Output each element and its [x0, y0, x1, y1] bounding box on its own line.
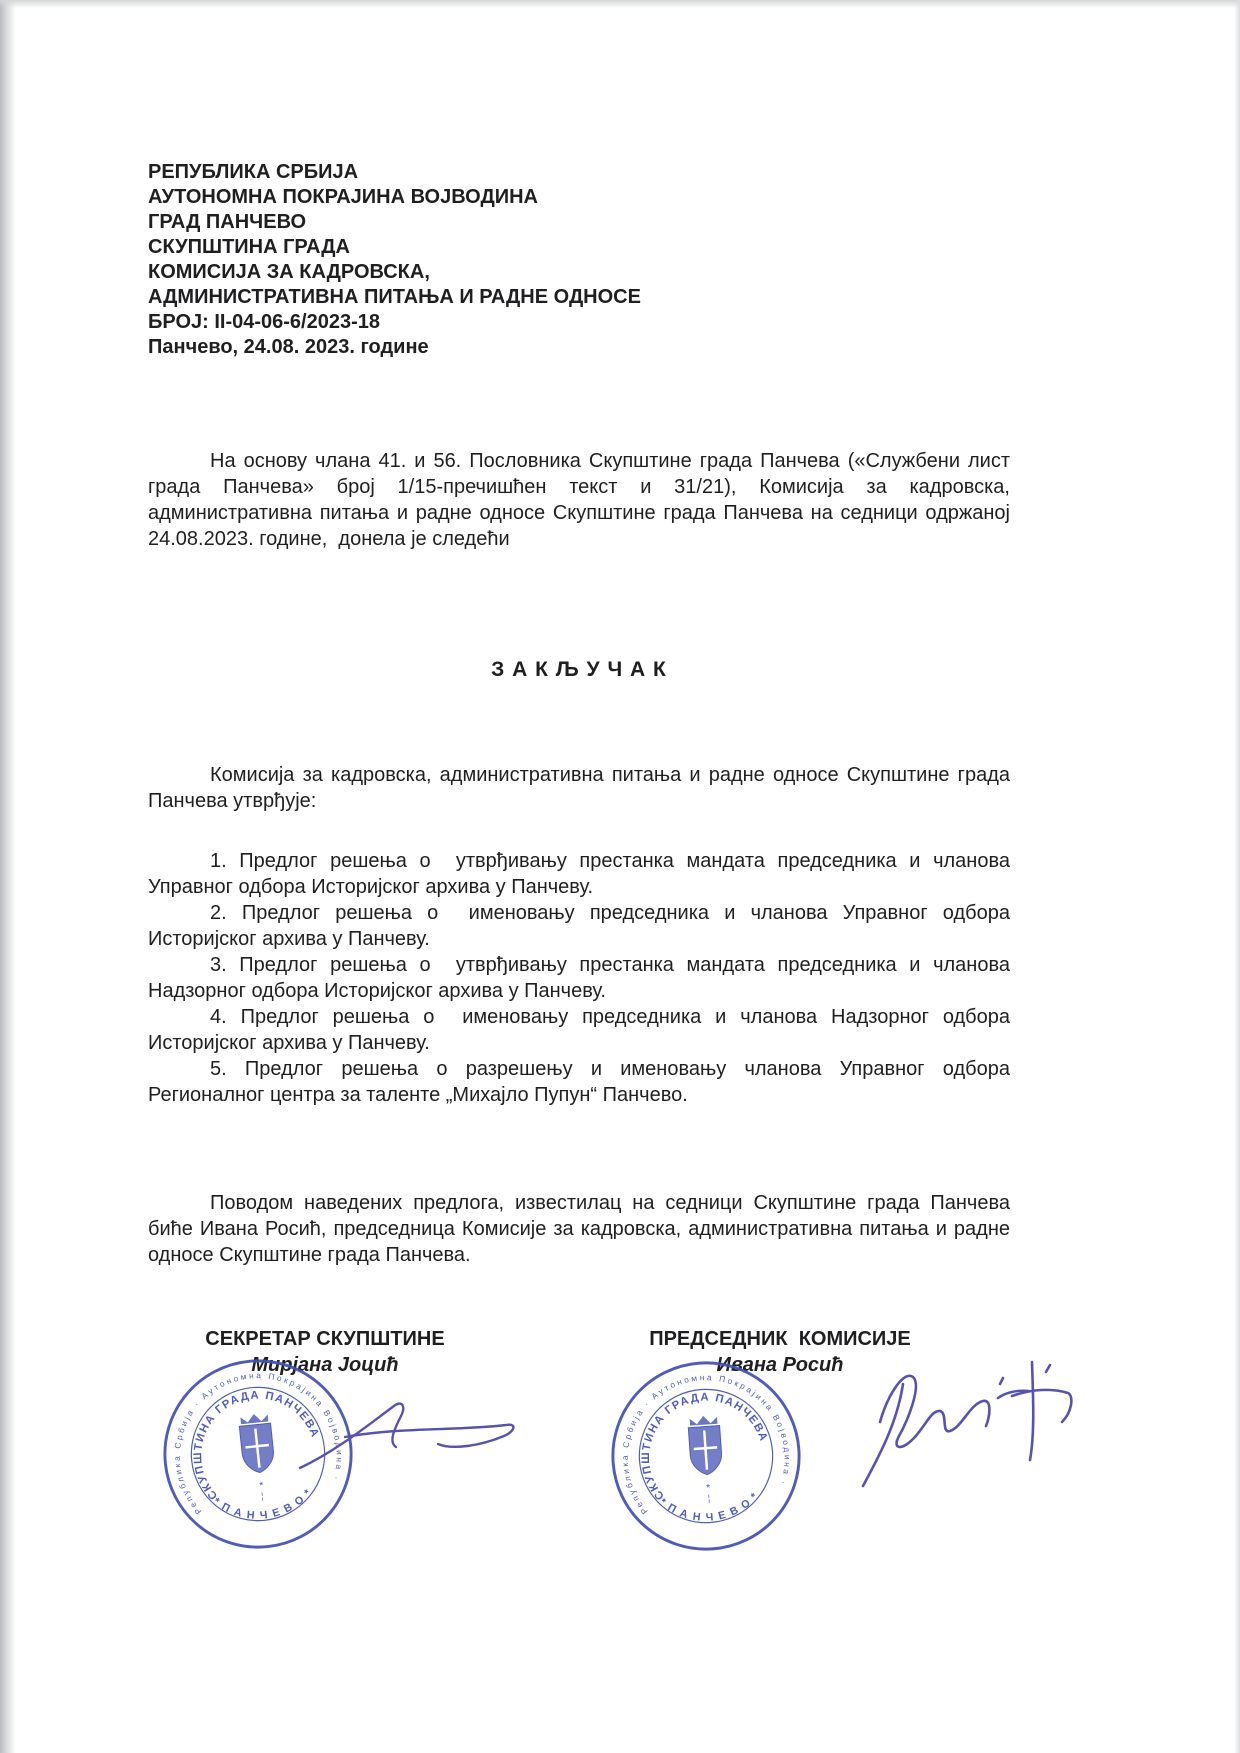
list-item: 1. Предлог решења о утврђивању престанка… [148, 848, 1010, 900]
list-item: 2. Предлог решења о именовању председник… [148, 900, 1010, 952]
document-title: З А К Љ У Ч А К [148, 658, 1010, 682]
header-line-commission-2: АДМИНИСТРАТИВНА ПИТАЊА И РАДНЕ ОДНОСЕ [148, 285, 641, 310]
header-line-number: БРОЈ: II-04-06-6/2023-18 [148, 310, 641, 335]
coat-of-arms-icon [688, 1415, 723, 1476]
official-round-stamp-icon: Република Србија · Аутономна Покрајина В… [150, 1344, 366, 1563]
scan-edge-artifact [0, 0, 16, 1753]
header-line-republic: РЕПУБЛИКА СРБИЈА [148, 160, 641, 185]
statement-paragraph: Комисија за кадровска, административна п… [148, 762, 1010, 814]
document-header: РЕПУБЛИКА СРБИЈА АУТОНОМНА ПОКРАЈИНА ВОЈ… [148, 160, 641, 360]
closing-paragraph: Поводом наведених предлога, известилац н… [148, 1190, 1010, 1268]
coat-of-arms-icon [238, 1412, 275, 1474]
scanned-document-page: РЕПУБЛИКА СРБИЈА АУТОНОМНА ПОКРАЈИНА ВОЈ… [0, 0, 1240, 1753]
intro-paragraph: На основу члана 41. и 56. Пословника Ску… [148, 448, 1010, 552]
header-line-province: АУТОНОМНА ПОКРАЈИНА ВОЈВОДИНА [148, 185, 641, 210]
proposal-list: 1. Предлог решења о утврђивању престанка… [148, 848, 1010, 1108]
list-item: 3. Предлог решења о утврђивању престанка… [148, 952, 1010, 1004]
scan-edge-artifact [1234, 0, 1240, 1753]
official-round-stamp-icon: Република Србија · Аутономна Покрајина В… [601, 1349, 810, 1562]
header-line-city: ГРАД ПАНЧЕВО [148, 210, 641, 235]
header-line-commission-1: КОМИСИЈА ЗА КАДРОВСКА, [148, 260, 641, 285]
list-item: 5. Предлог решења о разрешењу и именовањ… [148, 1056, 1010, 1108]
scan-edge-artifact [0, 0, 1240, 8]
list-item: 4. Предлог решења о именовању председник… [148, 1004, 1010, 1056]
stamp-center-dash: ¦ [707, 1493, 710, 1503]
header-line-assembly: СКУПШТИНА ГРАДА [148, 235, 641, 260]
header-line-date-place: Панчево, 24.08. 2023. године [148, 335, 641, 360]
president-signature-icon [863, 1362, 1071, 1486]
signatory-title: ПРЕДСЕДНИК КОМИСИЈЕ [645, 1326, 915, 1352]
stamp-center-dash: ¦ [261, 1491, 264, 1501]
